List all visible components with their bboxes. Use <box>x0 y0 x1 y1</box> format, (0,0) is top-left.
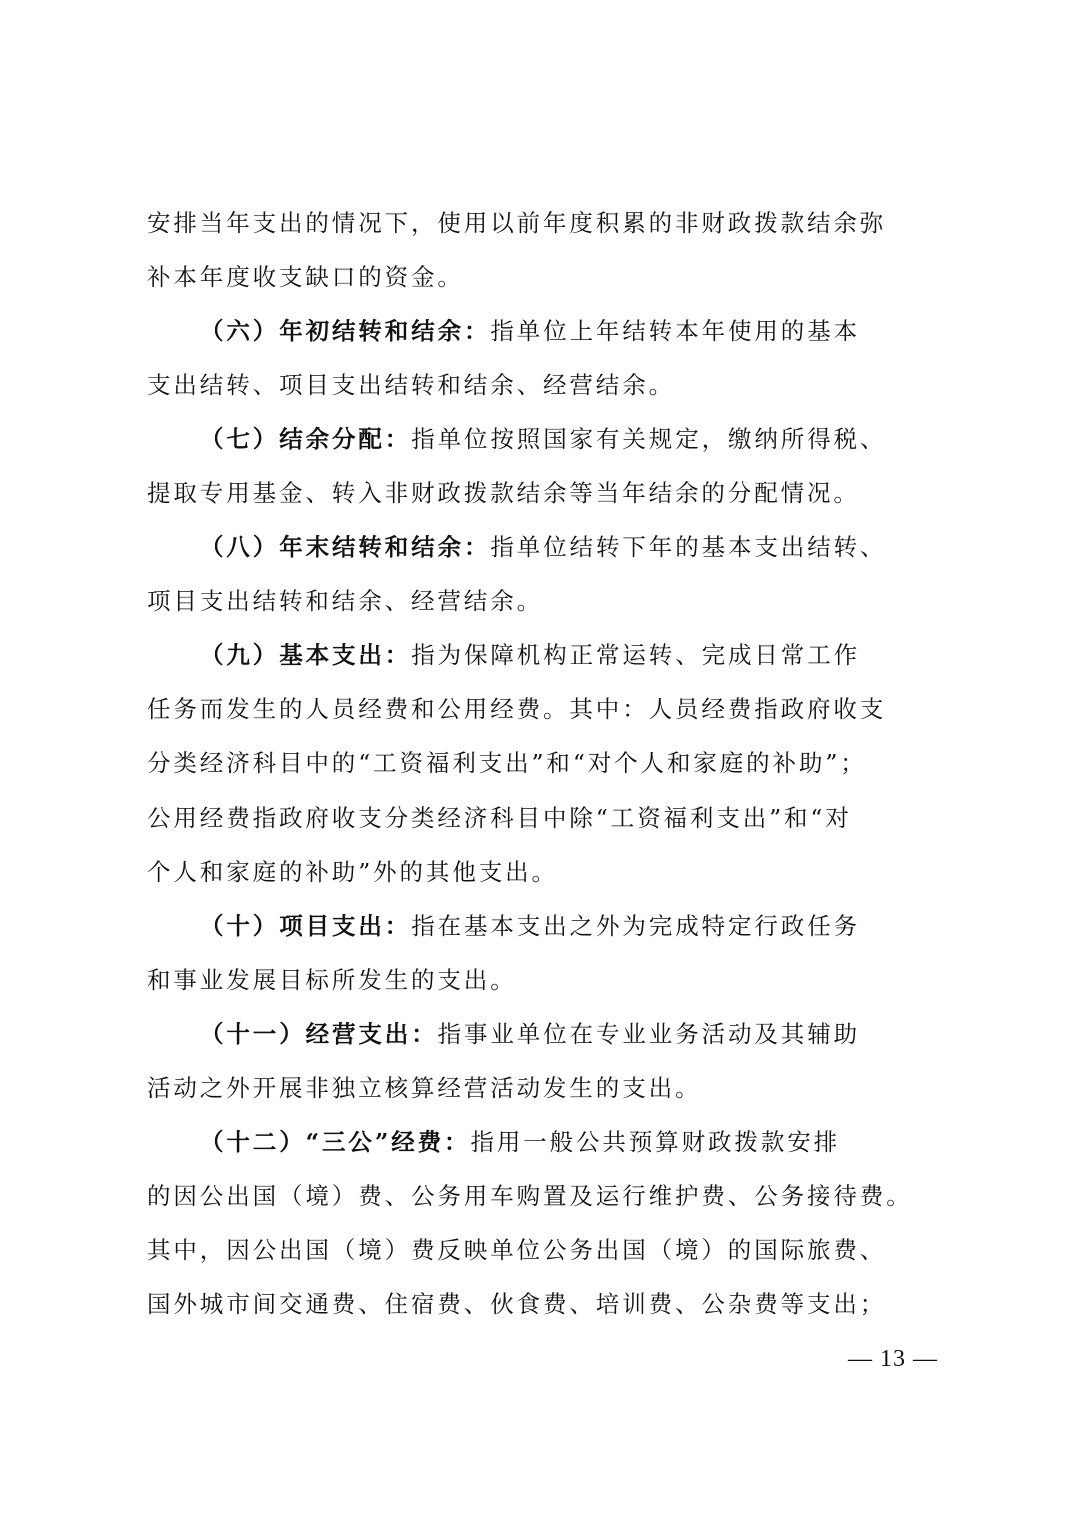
text-line-13: 个人和家庭的补助”外的其他支出。 <box>147 845 947 899</box>
line-text: 指在基本支出之外为完成特定行政任务 <box>411 912 860 940</box>
text-line-21: 国外城市间交通费、住宿费、伙食费、培训费、公杂费等支出； <box>147 1277 947 1331</box>
line-text: 国外城市间交通费、住宿费、伙食费、培训费、公杂费等支出； <box>147 1290 886 1318</box>
line-text: 指事业单位在专业业务活动及其辅助 <box>438 1020 860 1048</box>
text-line-15: 和事业发展目标所发生的支出。 <box>147 953 947 1007</box>
text-line-20: 其中，因公出国（境）费反映单位公务出国（境）的国际旅费、 <box>147 1223 947 1277</box>
page-number: — 13 — <box>838 1346 948 1373</box>
line-text: 的因公出国（境）费、公务用车购置及运行维护费、公务接待费。 <box>147 1182 913 1210</box>
line-text: 提取专用基金、转入非财政拨款结余等当年结余的分配情况。 <box>147 479 860 507</box>
text-line-10: 任务而发生的人员经费和公用经费。其中：人员经费指政府收支 <box>147 682 947 736</box>
line-text: 补本年度收支缺口的资金。 <box>147 263 464 291</box>
line-text: 公用经费指政府收支分类经济科目中除“工资福利支出”和“对 <box>147 804 852 832</box>
term-label: （十二）“三公”经费： <box>200 1128 470 1156</box>
document-page-body: 安排当年支出的情况下，使用以前年度积累的非财政拨款结余弥 补本年度收支缺口的资金… <box>147 196 947 1331</box>
section-11-heading-line: （十一）经营支出：指事业单位在专业业务活动及其辅助 <box>147 1007 947 1061</box>
text-line-8: 项目支出结转和结余、经营结余。 <box>147 574 947 628</box>
line-text: 项目支出结转和结余、经营结余。 <box>147 587 543 615</box>
line-text: 和事业发展目标所发生的支出。 <box>147 966 517 994</box>
section-9-heading-line: （九）基本支出：指为保障机构正常运转、完成日常工作 <box>147 628 947 682</box>
term-label: （八）年末结转和结余： <box>200 533 490 561</box>
section-7-heading-line: （七）结余分配：指单位按照国家有关规定，缴纳所得税、 <box>147 412 947 466</box>
line-text: 指单位结转下年的基本支出结转、 <box>490 533 886 561</box>
term-label: （七）结余分配： <box>200 425 411 453</box>
section-10-heading-line: （十）项目支出：指在基本支出之外为完成特定行政任务 <box>147 899 947 953</box>
term-label: （十一）经营支出： <box>200 1020 438 1048</box>
line-text: 安排当年支出的情况下，使用以前年度积累的非财政拨款结余弥 <box>147 209 886 237</box>
line-text: 活动之外开展非独立核算经营活动发生的支出。 <box>147 1074 701 1102</box>
line-text: 分类经济科目中的“工资福利支出”和“对个人和家庭的补助”； <box>147 749 867 777</box>
section-12-heading-line: （十二）“三公”经费：指用一般公共预算财政拨款安排 <box>147 1115 947 1169</box>
text-line-17: 活动之外开展非独立核算经营活动发生的支出。 <box>147 1061 947 1115</box>
line-text: 指用一般公共预算财政拨款安排 <box>470 1128 840 1156</box>
section-8-heading-line: （八）年末结转和结余：指单位结转下年的基本支出结转、 <box>147 520 947 574</box>
line-text: 支出结转、项目支出结转和结余、经营结余。 <box>147 371 675 399</box>
text-line-6: 提取专用基金、转入非财政拨款结余等当年结余的分配情况。 <box>147 466 947 520</box>
term-label: （十）项目支出： <box>200 912 411 940</box>
text-line-11: 分类经济科目中的“工资福利支出”和“对个人和家庭的补助”； <box>147 736 947 790</box>
text-line-4: 支出结转、项目支出结转和结余、经营结余。 <box>147 358 947 412</box>
line-text: 个人和家庭的补助”外的其他支出。 <box>147 858 558 886</box>
term-label: （九）基本支出： <box>200 641 411 669</box>
line-text: 指为保障机构正常运转、完成日常工作 <box>411 641 860 669</box>
line-text: 指单位按照国家有关规定，缴纳所得税、 <box>411 425 886 453</box>
text-line-1: 安排当年支出的情况下，使用以前年度积累的非财政拨款结余弥 <box>147 196 947 250</box>
line-text: 其中，因公出国（境）费反映单位公务出国（境）的国际旅费、 <box>147 1236 886 1264</box>
section-6-heading-line: （六）年初结转和结余：指单位上年结转本年使用的基本 <box>147 304 947 358</box>
line-text: 指单位上年结转本年使用的基本 <box>490 317 860 345</box>
text-line-12: 公用经费指政府收支分类经济科目中除“工资福利支出”和“对 <box>147 791 947 845</box>
text-line-2: 补本年度收支缺口的资金。 <box>147 250 947 304</box>
line-text: 任务而发生的人员经费和公用经费。其中：人员经费指政府收支 <box>147 695 886 723</box>
term-label: （六）年初结转和结余： <box>200 317 490 345</box>
text-line-19: 的因公出国（境）费、公务用车购置及运行维护费、公务接待费。 <box>147 1169 947 1223</box>
